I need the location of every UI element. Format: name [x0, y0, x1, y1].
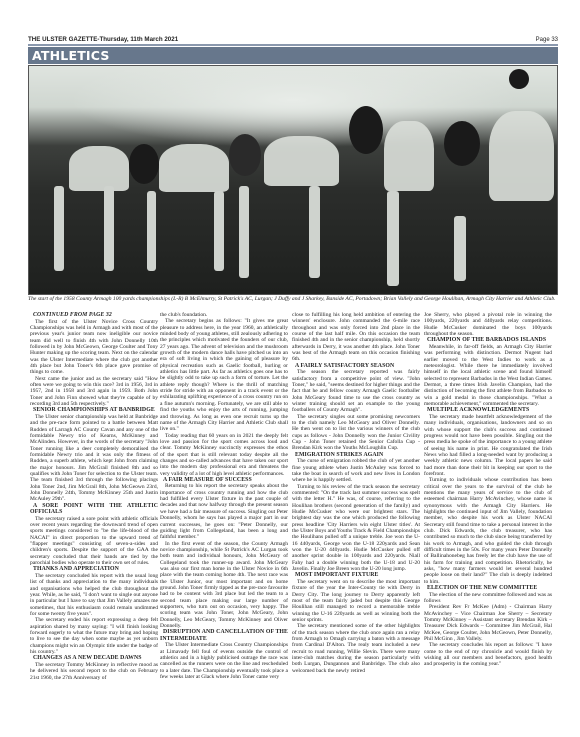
publication-date: THE ULSTER GAZETTE-Thursday, 11th March …: [28, 36, 178, 43]
article-column-4: Joe Sherry, who played a pivotal role in…: [424, 312, 552, 668]
paragraph: President Rev Fr McKee (Adm) - Chairman …: [424, 604, 552, 642]
paragraph: The secretary concluded his report with …: [30, 573, 158, 617]
paragraph: The secretary ended his report expressin…: [30, 617, 158, 655]
paragraph: Today reading that 60 years on in 2021 t…: [160, 433, 288, 477]
article-column-2: the club's foundation. The secretary beg…: [160, 312, 288, 680]
paragraph: Turning to individuals whose contributio…: [424, 477, 552, 585]
subheading: CHANGES AS A NEW DECADE DAWNS: [30, 655, 158, 662]
section-banner: ATHLETICS: [28, 47, 558, 64]
photo-caption: The start of the 1958 County Armagh 100 …: [28, 296, 558, 302]
paragraph: The secretary went on to describe the mo…: [292, 579, 420, 623]
subheading: SENIOR CHAMPIONSHIPS AT BANBRIDGE: [30, 407, 158, 414]
paragraph: The secretary raised a sore point with a…: [30, 516, 158, 567]
article-column-3: close to fulfilling his long held ambiti…: [292, 312, 420, 674]
paragraph: The secretary concludes his report as fo…: [424, 642, 552, 667]
paragraph: The secretary made heartfelt acknowledge…: [424, 414, 552, 477]
paragraph: The secretary singles out some promising…: [292, 414, 420, 452]
paragraph: The Ulster Intermediate Cross Country Ch…: [160, 642, 288, 680]
paragraph: The Ulster senior championship was held …: [30, 414, 158, 503]
athletes-photo: [28, 65, 558, 295]
subheading: A SORE POINT WITH THE ATHLETIC OFFICIALS: [30, 503, 158, 516]
paragraph: Meanwhile, in far-off fields, an Armagh …: [424, 344, 552, 407]
page-number: Page 33: [536, 37, 558, 43]
paragraph: The election of the new committee follow…: [424, 592, 552, 605]
paragraph: close to fulfilling his long held ambiti…: [292, 312, 420, 363]
paragraph: The season the secretary reported was fa…: [292, 369, 420, 413]
paragraph: The secretary begins as follows: "It giv…: [160, 318, 288, 432]
paragraph: Next came the junior and as the secretar…: [30, 376, 158, 408]
subheading: CHAMPION OF THE BARBADOS ISLANDS: [424, 337, 552, 344]
header-rule: [28, 44, 558, 46]
section-title: ATHLETICS: [32, 48, 110, 63]
subheading: ELECTION OF THE NEW COMMITTEE: [424, 585, 552, 592]
paragraph: Returning to his report the secretary sp…: [160, 483, 288, 540]
article-column-1: CONTINUED FROM PAGE 32 The first of the …: [30, 312, 158, 681]
paragraph: In the first event of the season, the Co…: [160, 541, 288, 630]
paragraph: The secretary mentioned some of the othe…: [292, 623, 420, 674]
subheading: DISRUPTION AND CANCELLATION OF THE INTER…: [160, 629, 288, 642]
paragraph: Turning to his review of the track seaso…: [292, 484, 420, 573]
paragraph: The first of the Ulster Novice Cross Cou…: [30, 319, 158, 376]
paragraph: Joe Sherry, who played a pivotal role in…: [424, 312, 552, 337]
paragraph: The curse of emigration robbed the club …: [292, 458, 420, 483]
paragraph: The secretary Tommy McKinney in reflecti…: [30, 662, 158, 681]
